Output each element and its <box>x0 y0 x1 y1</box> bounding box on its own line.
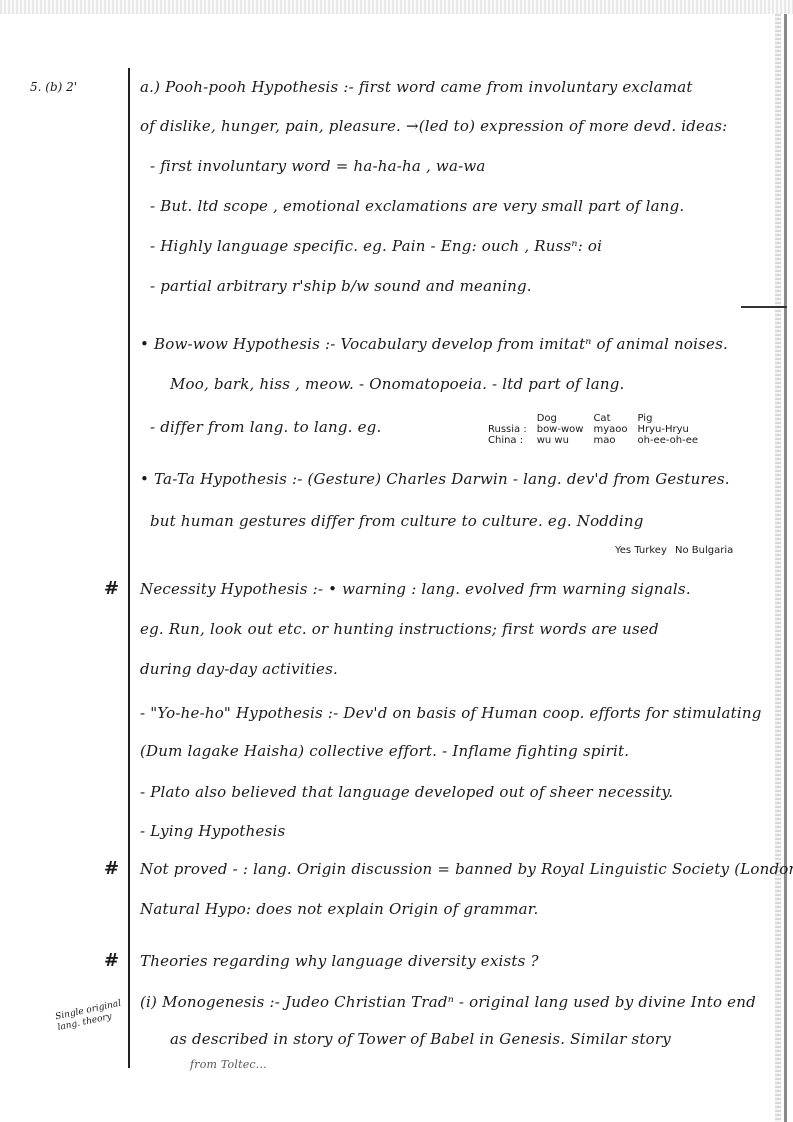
margin-tick-mark <box>741 306 787 308</box>
note-line: - first involuntary word = ha-ha-ha , wa… <box>150 157 486 175</box>
table-row: Russia : bow-wow myaoo Hryu-Hryu <box>488 424 708 435</box>
note-line: • Bow-wow Hypothesis :- Vocabulary devel… <box>140 335 728 353</box>
note-line: - Lying Hypothesis <box>140 822 285 840</box>
note-line: - partial arbitrary r'ship b/w sound and… <box>150 277 532 295</box>
note-line: during day-day activities. <box>140 660 338 678</box>
note-line: - But. ltd scope , emotional exclamation… <box>150 197 684 215</box>
nodding-yes-note: Yes Turkey <box>615 545 667 556</box>
note-line: Theories regarding why language diversit… <box>140 952 539 970</box>
nodding-no-note: No Bulgaria <box>675 545 733 556</box>
note-line: (Dum lagake Haisha) collective effort. -… <box>140 742 629 760</box>
scan-right-border <box>784 14 787 1122</box>
note-line: Not proved - : lang. Origin discussion =… <box>140 860 793 878</box>
note-line-cut: from Toltec... <box>190 1058 267 1071</box>
note-line: eg. Run, look out etc. or hunting instru… <box>140 620 659 638</box>
note-line: Moo, bark, hiss , meow. - Onomatopoeia. … <box>170 375 624 393</box>
note-line: - Plato also believed that language deve… <box>140 783 673 801</box>
scan-right-edge <box>775 14 781 1122</box>
note-line: as described in story of Tower of Babel … <box>170 1030 671 1048</box>
margin-line <box>128 68 130 1068</box>
note-line: - differ from lang. to lang. eg. <box>150 418 381 436</box>
note-line: - Highly language specific. eg. Pain - E… <box>150 237 602 255</box>
note-line: of dislike, hunger, pain, pleasure. →(le… <box>140 117 727 135</box>
hash-marker: # <box>104 578 119 599</box>
note-line: - "Yo-he-ho" Hypothesis :- Dev'd on basi… <box>140 704 762 722</box>
table-header: Pig <box>637 413 708 424</box>
table-header: Cat <box>593 413 637 424</box>
margin-annotation: Single original lang. theory <box>54 998 127 1034</box>
scan-top-band <box>0 0 793 14</box>
animal-sounds-table: Dog Cat Pig Russia : bow-wow myaoo Hryu-… <box>488 413 708 446</box>
note-line: (i) Monogenesis :- Judeo Christian Tradⁿ… <box>140 993 756 1011</box>
hash-marker: # <box>104 858 119 879</box>
hash-marker: # <box>104 950 119 971</box>
table-row: China : wu wu mao oh-ee-oh-ee <box>488 435 708 446</box>
table-header <box>488 413 537 424</box>
note-line: but human gestures differ from culture t… <box>150 512 644 530</box>
question-reference: 5. (b) 2' <box>30 80 77 94</box>
note-line: Natural Hypo: does not explain Origin of… <box>140 900 538 918</box>
note-line: • Ta-Ta Hypothesis :- (Gesture) Charles … <box>140 470 730 488</box>
note-line: Necessity Hypothesis :- • warning : lang… <box>140 580 691 598</box>
note-line: a.) Pooh-pooh Hypothesis :- first word c… <box>140 78 693 96</box>
table-header: Dog <box>537 413 594 424</box>
